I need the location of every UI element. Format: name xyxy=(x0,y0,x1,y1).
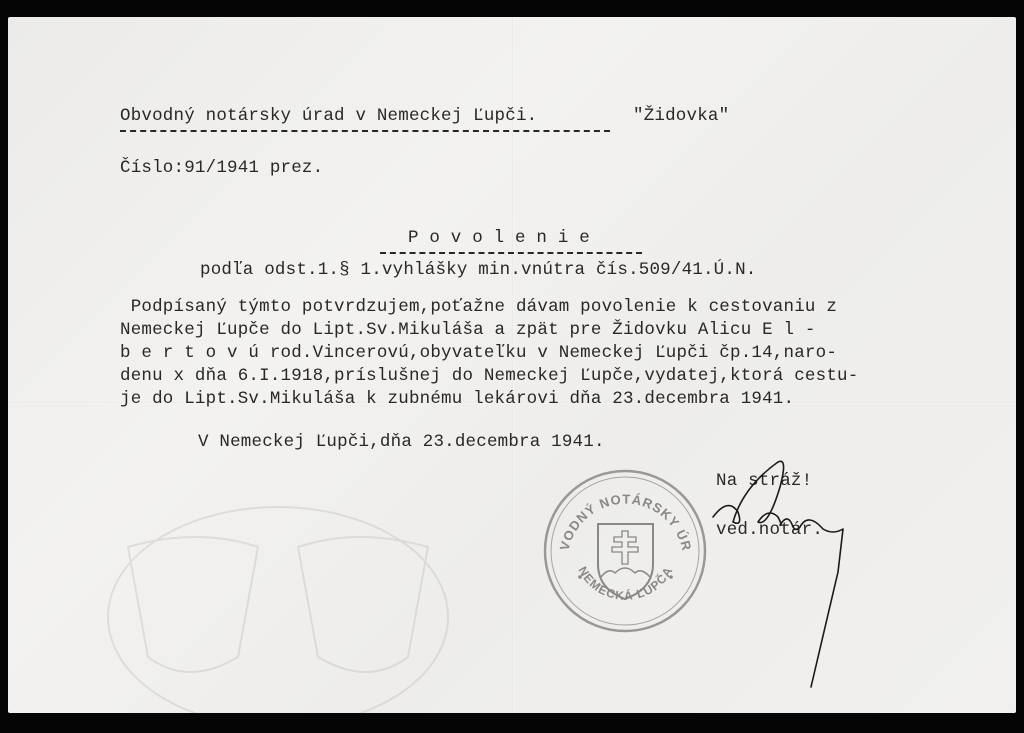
office-heading: Obvodný notársky úrad v Nemeckej Ľupči. xyxy=(120,106,537,126)
watermark-emblem-icon xyxy=(88,487,468,713)
body-line: denu x dňa 6.I.1918,príslušnej do Nemeck… xyxy=(120,366,858,386)
svg-text:OBVODNÝ NOTÁRSKY ÚRAD: OBVODNÝ NOTÁRSKY ÚRAD xyxy=(543,469,695,553)
place-date: V Nemeckej Ľupči,dňa 23.decembra 1941. xyxy=(198,432,605,452)
document-tag: "Židovka" xyxy=(633,106,729,126)
body-line: je do Lipt.Sv.Mikuláša k zubnému lekárov… xyxy=(120,389,794,409)
title-underline xyxy=(380,252,642,254)
body-line: Nemeckej Ľupče do Lipt.Sv.Mikuláša a zpä… xyxy=(120,320,816,340)
document-page: Obvodný notársky úrad v Nemeckej Ľupči. … xyxy=(8,17,1016,713)
svg-text:NEMECKÁ ĽUPČA: NEMECKÁ ĽUPČA xyxy=(575,564,675,603)
official-stamp-icon: OBVODNÝ NOTÁRSKY ÚRAD NEMECKÁ ĽUPČA xyxy=(543,469,708,634)
reference-number: Číslo:91/1941 prez. xyxy=(120,158,323,178)
heading-underline xyxy=(120,130,610,132)
legal-basis: podľa odst.1.§ 1.vyhlášky min.vnútra čís… xyxy=(200,260,757,280)
body-line: Podpísaný týmto potvrdzujem,poťažne dáva… xyxy=(120,297,837,317)
body-line: b e r t o v ú rod.Vincerovú,obyvateľku v… xyxy=(120,343,837,363)
document-title: P o v o l e n i e xyxy=(408,228,590,248)
handwritten-signature xyxy=(708,457,868,697)
